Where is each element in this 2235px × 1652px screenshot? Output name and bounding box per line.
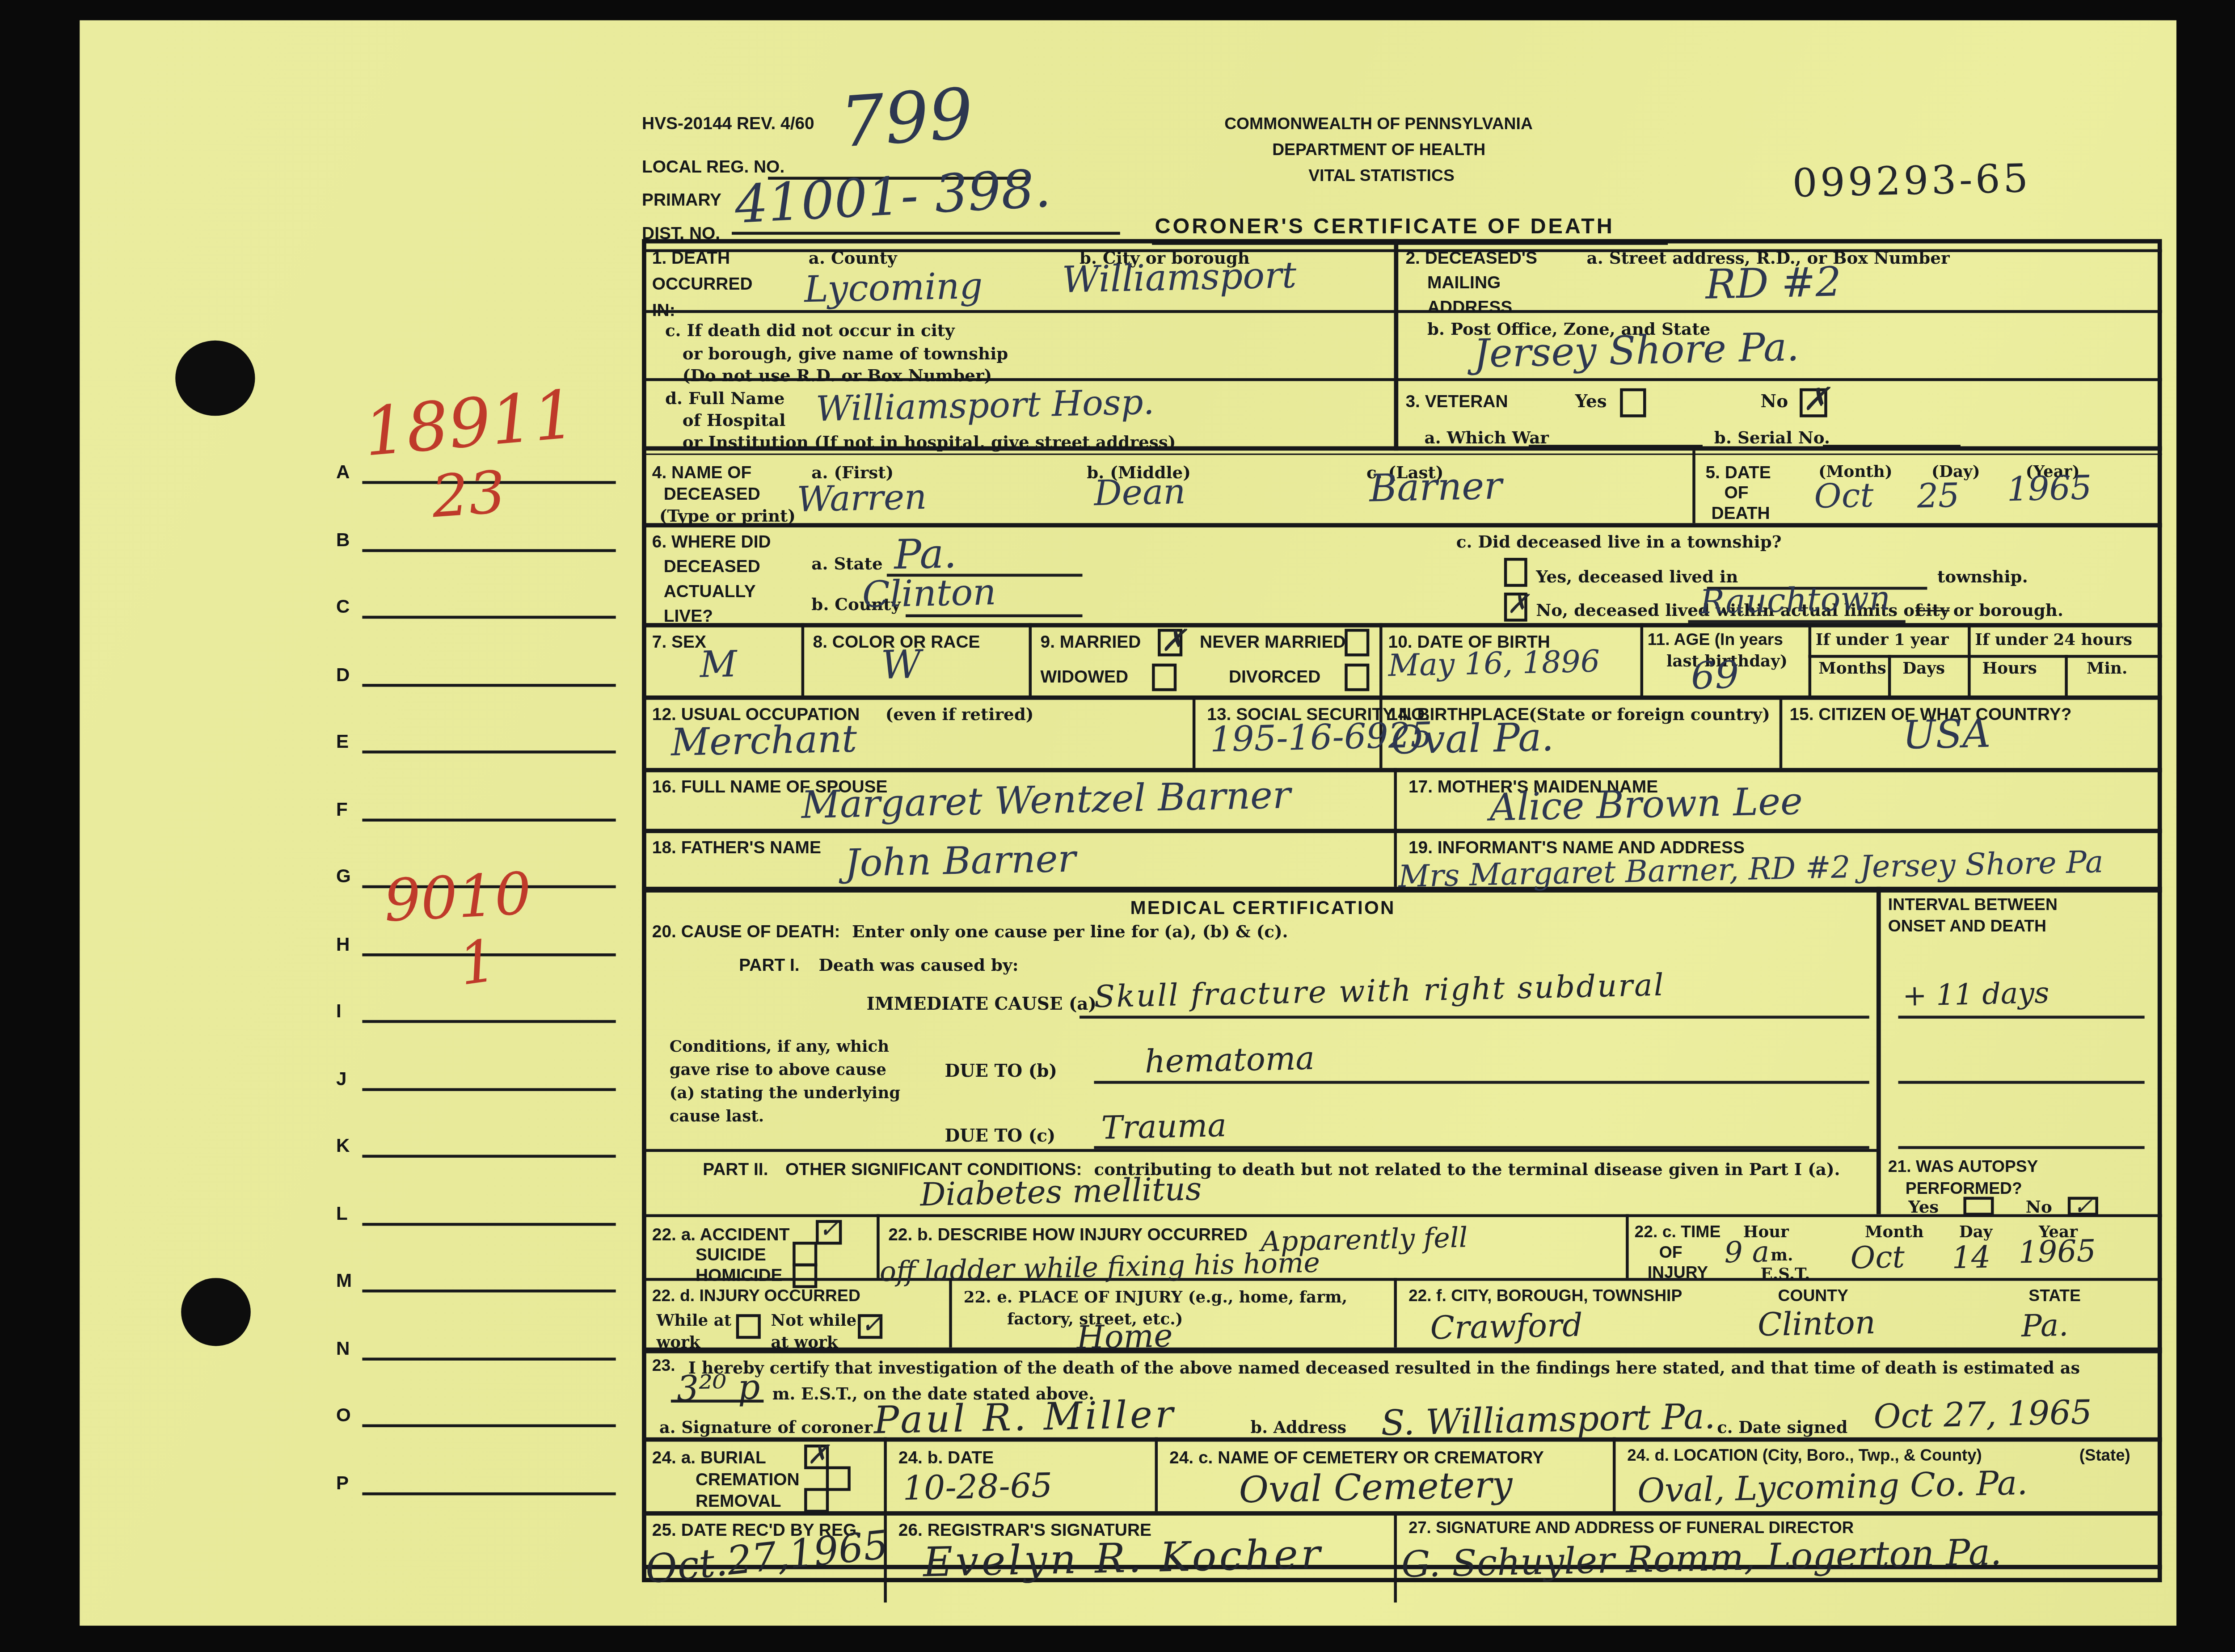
margin-letter: I	[336, 1000, 342, 1022]
s2b-value: Jersey Shore Pa.	[1473, 325, 1800, 377]
margin-red-number: 18911	[361, 375, 579, 472]
rule-line	[1640, 623, 1643, 695]
s14-label2: (State or foreign country)	[1529, 704, 1770, 724]
s22c-label: OF	[1659, 1245, 1683, 1262]
s1a-label: a. County	[809, 248, 897, 268]
rule-line	[642, 623, 2162, 628]
township-yes-checkbox	[1504, 558, 1527, 587]
s5-label: OF	[1725, 482, 1749, 502]
form-number: HVS-20144 REV. 4/60	[642, 113, 814, 133]
rule-line	[642, 768, 2162, 771]
s22e-label: 22. e. PLACE OF INJURY (e.g., home, farm…	[964, 1288, 1347, 1307]
s22f-value: Crawford	[1430, 1308, 1583, 1348]
rule-line	[1094, 1081, 1869, 1083]
margin-letter: J	[336, 1068, 346, 1090]
rule-line	[1394, 239, 1397, 451]
s17-value: Alice Brown Lee	[1489, 780, 1803, 830]
s11-under24-label: If under 24 hours	[1975, 630, 2132, 649]
rule-line	[1394, 1511, 1396, 1602]
s6-city-struck: city	[1915, 600, 1949, 620]
conditions-text: (a) stating the underlying	[670, 1084, 901, 1103]
rule-line	[642, 1348, 2162, 1353]
rule-line	[1193, 695, 1195, 768]
s24a-label: 24. a. BURIAL	[652, 1447, 766, 1467]
s22d-notwhile-label: Not while	[771, 1311, 857, 1330]
s1c-label: (Do not use R.D. or Box Number)	[683, 365, 992, 385]
s9-widowed-label: WIDOWED	[1041, 666, 1129, 687]
conditions-text: gave rise to above cause	[670, 1061, 886, 1079]
s22c-est-label: E.S.T.	[1761, 1265, 1810, 1284]
s11-min-label: Min.	[2087, 659, 2127, 678]
scanned-certificate: A B C D E F G H I J K L M N O P 18911 23…	[0, 0, 2235, 1652]
s1b-value: Williamsport	[1062, 254, 1297, 301]
s5-label: DEATH	[1711, 503, 1770, 523]
s6-label: ACTUALLY	[664, 581, 756, 601]
s12-value: Merchant	[670, 718, 857, 766]
s1-label: 1. DEATH	[652, 248, 730, 268]
s4-first-value: Warren	[797, 477, 927, 520]
s24b-label: 24. b. DATE	[898, 1447, 994, 1467]
s23-time-value: 3²⁰ p	[676, 1367, 760, 1409]
medical-certification-title: MEDICAL CERTIFICATION	[1130, 897, 1395, 919]
s22-state-label: STATE	[2028, 1288, 2081, 1306]
s23-address-label: b. Address	[1251, 1417, 1347, 1437]
s6-state-value: Pa.	[894, 530, 957, 579]
s1d-label: of Hospital	[683, 410, 786, 430]
margin-letter: K	[336, 1134, 350, 1156]
rule-line	[906, 614, 1082, 616]
interval-label: ONSET AND DEATH	[1888, 919, 2046, 936]
rule-line	[1898, 1016, 2145, 1018]
s23-certify-text: I hereby certify that investigation of t…	[688, 1357, 2080, 1378]
burial-checkbox: ✗	[804, 1445, 829, 1469]
s1-label: OCCURRED	[652, 274, 753, 294]
while-at-work-checkbox	[736, 1314, 761, 1339]
s22-county-value: Clinton	[1757, 1306, 1876, 1344]
rule-line	[1780, 695, 1782, 768]
immediate-cause-label: IMMEDIATE CAUSE (a)	[867, 994, 1096, 1014]
s5-label: 5. DATE	[1705, 462, 1771, 482]
rule-line	[642, 454, 2162, 455]
conditions-text: cause last.	[670, 1107, 764, 1126]
s8-value: W	[881, 643, 922, 688]
due-to-b-label: DUE TO (b)	[945, 1061, 1057, 1081]
s24b-value: 10-28-65	[902, 1468, 1053, 1509]
s24a-cremation-label: CREMATION	[696, 1469, 800, 1489]
s4-label: DECEASED	[664, 484, 760, 504]
margin-letter: N	[336, 1337, 350, 1359]
s24c-value: Oval Cemetery	[1239, 1463, 1513, 1511]
s4-label: (Type or print)	[659, 506, 796, 526]
rule-line	[362, 1020, 616, 1023]
s3-serial-label: b. Serial No.	[1714, 427, 1830, 447]
s1d-label: d. Full Name	[665, 388, 785, 409]
removal-checkbox	[804, 1488, 829, 1513]
rule-line	[1877, 887, 1880, 1214]
s22b-label: 22. b. DESCRIBE HOW INJURY OCCURRED	[888, 1224, 1248, 1244]
s6-township-word: township.	[1937, 566, 2028, 586]
rule-line	[1823, 445, 1961, 447]
s5-day-value: 25	[1917, 478, 1960, 516]
rule-line	[1155, 1437, 1158, 1511]
s22e-value: Home	[1076, 1319, 1173, 1357]
margin-red-number: 9010	[382, 861, 533, 936]
margin-letter: C	[336, 595, 350, 617]
s9-never-label: NEVER MARRIED	[1200, 632, 1345, 652]
rule-line	[1094, 1146, 1869, 1148]
registrar-signature: Evelyn R. Kocher	[923, 1530, 1324, 1587]
rule-line	[362, 819, 616, 822]
margin-letter: G	[336, 865, 351, 887]
rule-line	[642, 1511, 2162, 1515]
rule-line	[362, 1357, 616, 1360]
s21-label: PERFORMED?	[1906, 1181, 2022, 1198]
married-checkbox: ✗	[1158, 629, 1182, 657]
rule-line	[362, 616, 616, 619]
s24a-removal-label: REMOVAL	[696, 1491, 781, 1511]
s4-last-value: Barner	[1369, 465, 1502, 511]
due-to-c-label: DUE TO (c)	[945, 1126, 1056, 1146]
s22d-notwhile-label: at work	[771, 1333, 838, 1352]
s18-label: 18. FATHER'S NAME	[652, 838, 821, 858]
veteran-no-checkbox: ✗	[1800, 388, 1827, 417]
s23-signature-label: a. Signature of coroner	[659, 1417, 873, 1437]
rule-line	[362, 1492, 616, 1495]
rule-line	[642, 695, 2162, 700]
s22c-year-value: 1965	[2018, 1234, 2096, 1270]
s1-label: IN:	[652, 300, 675, 320]
s6-or-borough: or borough.	[1953, 600, 2063, 620]
margin-letter: B	[336, 529, 350, 551]
margin-letter: O	[336, 1404, 351, 1426]
s6-label: LIVE?	[664, 606, 713, 626]
rule-line	[1029, 623, 1032, 695]
margin-red-number: 23	[430, 460, 508, 531]
part2-label: PART II.	[703, 1159, 768, 1179]
rule-line	[362, 549, 616, 552]
s1c-label: or borough, give name of township	[683, 343, 1008, 363]
vital-statistics-heading: VITAL STATISTICS	[1308, 168, 1455, 185]
s10-value: May 16, 1896	[1388, 644, 1600, 683]
s6-label: DECEASED	[664, 556, 760, 577]
commonwealth-heading: COMMONWEALTH OF PENNSYLVANIA	[1224, 116, 1533, 133]
s2-label: 2. DECEASED'S	[1405, 248, 1537, 268]
s2a-value: RD #2	[1705, 258, 1842, 308]
rule-line	[362, 684, 616, 687]
rule-line	[642, 1149, 1877, 1152]
s21-label: 21. WAS AUTOPSY	[1888, 1159, 2038, 1176]
s1d-label: or Institution (If not in hospital, give…	[683, 432, 1176, 452]
s22c-hour-value: 9 a	[1724, 1234, 1770, 1270]
veteran-yes-checkbox	[1620, 388, 1646, 417]
rule-line	[1809, 655, 2162, 657]
s21-no-label: No	[2026, 1197, 2052, 1217]
never-married-checkbox	[1345, 629, 1369, 657]
s22d-while-label: work	[656, 1333, 700, 1352]
s11-months-label: Months	[1818, 659, 1886, 678]
s22c-month-label: Month	[1865, 1223, 1924, 1242]
certificate-number: 099293-65	[1792, 157, 2031, 207]
s12-label2: (even if retired)	[886, 704, 1034, 724]
margin-letter: P	[336, 1472, 349, 1494]
s24d-label: 24. d. LOCATION (City, Boro., Twp., & Co…	[1627, 1447, 1982, 1465]
s24d-state-label: (State)	[2079, 1447, 2130, 1465]
s2-label: ADDRESS	[1427, 297, 1512, 317]
s22a-label: 22. a. ACCIDENT	[652, 1224, 790, 1244]
s1a-value: Lycoming	[804, 265, 983, 310]
rule-line	[362, 1424, 616, 1427]
rule-line	[1613, 1437, 1615, 1511]
margin-letter: H	[336, 933, 350, 955]
rule-line	[362, 1223, 616, 1226]
rule-line	[2065, 655, 2067, 695]
accident-checkbox: ✓	[816, 1220, 842, 1244]
s2-label: MAILING	[1427, 272, 1501, 292]
rule-line	[642, 1278, 2162, 1281]
rule-line	[949, 1278, 952, 1348]
rule-line	[1888, 655, 1891, 695]
s11-under1-label: If under 1 year	[1816, 630, 1949, 649]
widowed-checkbox	[1152, 664, 1177, 691]
s23-number: 23.	[652, 1357, 675, 1375]
punch-hole-bottom	[181, 1278, 251, 1346]
s22c-day-value: 14	[1952, 1240, 1991, 1276]
s21-yes-label: Yes	[1908, 1197, 1939, 1217]
part2-value: Diabetes mellitus	[920, 1172, 1202, 1214]
cause-b-value: hematoma	[1144, 1041, 1315, 1081]
rule-line	[362, 1155, 616, 1158]
s4-middle-value: Dean	[1094, 472, 1186, 514]
s3-no-label: No	[1761, 391, 1788, 411]
s6-yes-text: Yes, deceased lived in	[1536, 566, 1738, 586]
s22-county-label: COUNTY	[1778, 1288, 1848, 1306]
punch-hole-top	[175, 341, 255, 416]
certificate-paper: A B C D E F G H I J K L M N O P 18911 23…	[80, 20, 2176, 1626]
s9-married-label: 9. MARRIED	[1041, 632, 1141, 652]
margin-red-number: 1	[455, 928, 501, 999]
s3-label: 3. VETERAN	[1405, 391, 1508, 411]
s11-hours-label: Hours	[1982, 659, 2037, 678]
rule-line	[884, 1437, 886, 1511]
rule-line	[362, 1290, 616, 1292]
s5-month-value: Oct	[1814, 477, 1874, 516]
s22d-while-label: While at	[656, 1311, 731, 1330]
s22f-label: 22. f. CITY, BOROUGH, TOWNSHIP	[1408, 1288, 1682, 1306]
rule-line	[642, 523, 2162, 527]
margin-letter: F	[336, 798, 348, 820]
interval-label: INTERVAL BETWEEN	[1888, 897, 2058, 914]
s9-divorced-label: DIVORCED	[1229, 666, 1320, 687]
s22d-label: 22. d. INJURY OCCURRED	[652, 1288, 860, 1306]
s22c-m-label: m.	[1771, 1246, 1793, 1265]
local-reg-value: 799	[838, 74, 976, 164]
margin-letter: A	[336, 461, 350, 483]
local-reg-label: LOCAL REG. NO.	[642, 156, 784, 177]
s1d-value: Williamsport Hosp.	[815, 382, 1155, 430]
s4-label: 4. NAME OF	[652, 462, 752, 482]
rule-line	[1379, 623, 1382, 695]
conditions-text: Conditions, if any, which	[670, 1037, 890, 1056]
homicide-checkbox	[793, 1264, 817, 1288]
primary-label: PRIMARY	[642, 190, 721, 210]
autopsy-no-checkbox: ✓	[2068, 1197, 2098, 1216]
rule-line	[1529, 445, 1703, 447]
rule-line	[1394, 768, 1396, 887]
rule-line	[1809, 623, 1811, 695]
s27-label: 27. SIGNATURE AND ADDRESS OF FUNERAL DIR…	[1408, 1520, 1854, 1537]
rule-line	[362, 1088, 616, 1091]
rule-line	[1080, 1016, 1869, 1018]
suicide-checkbox	[793, 1242, 817, 1266]
margin-letter: D	[336, 664, 350, 686]
cremation-checkbox	[826, 1467, 851, 1491]
s6c-label: c. Did deceased live in a township?	[1456, 532, 1782, 552]
rule-line	[1968, 623, 1970, 695]
s22c-label: INJURY	[1648, 1265, 1708, 1282]
s7-label: 7. SEX	[652, 632, 706, 652]
s1c-label: c. If death did not occur in city	[665, 320, 955, 340]
part1-text: Death was caused by:	[819, 955, 1019, 975]
s11-label: 11. AGE (In years	[1648, 632, 1783, 649]
s6-state-label: a. State	[811, 553, 882, 573]
not-while-at-work-checkbox: ✓	[858, 1314, 882, 1339]
s23-date-label: c. Date signed	[1717, 1417, 1847, 1437]
cause-c-value: Trauma	[1101, 1108, 1227, 1147]
margin-letter: E	[336, 730, 349, 752]
part1-label: PART I.	[739, 955, 799, 975]
rule-line	[1394, 1278, 1396, 1348]
s22c-label: 22. c. TIME	[1635, 1224, 1721, 1242]
rule-line	[642, 829, 2162, 832]
department-heading: DEPARTMENT OF HEALTH	[1272, 142, 1485, 160]
s6-county-value: Clinton	[862, 571, 997, 615]
s23-date-value: Oct 27, 1965	[1873, 1395, 2092, 1437]
interval-value: + 11 days	[1902, 975, 2050, 1013]
rule-line	[671, 1399, 763, 1402]
s14-value: Oval Pa.	[1391, 716, 1554, 764]
rule-line	[801, 623, 804, 695]
s7-value: M	[700, 643, 738, 686]
rule-line	[1898, 1146, 2145, 1148]
township-no-checkbox: ✗	[1504, 593, 1527, 622]
rule-line	[642, 310, 2162, 313]
rule-line	[1898, 1081, 2145, 1083]
s20-label2: Enter only one cause per line for (a), (…	[852, 922, 1288, 942]
s18-value: John Barner	[844, 838, 1076, 886]
s22a-suicide-label: SUICIDE	[696, 1245, 766, 1265]
s22c-month-value: Oct	[1850, 1240, 1905, 1276]
s15-value: USA	[1902, 712, 1991, 759]
s11-value: 69	[1691, 654, 1739, 699]
part2-text: contributing to death but not related to…	[1094, 1159, 1840, 1179]
divorced-checkbox	[1345, 664, 1369, 691]
coroner-address: S. Williamsport Pa.	[1380, 1396, 1716, 1444]
s3-yes-label: Yes	[1575, 391, 1607, 411]
autopsy-yes-checkbox	[1963, 1197, 1994, 1216]
rule-line	[362, 750, 616, 753]
s22-state-value: Pa.	[2021, 1308, 2069, 1344]
s22c-day-label: Day	[1959, 1223, 1993, 1242]
s22a-homicide-label: HOMICIDE	[696, 1265, 782, 1285]
coroner-signature: Paul R. Miller	[873, 1394, 1177, 1443]
rule-line	[1692, 451, 1695, 523]
margin-letter: M	[336, 1269, 352, 1291]
s5-year-value: 1965	[2007, 470, 2092, 510]
s6-place-value: Rauchtown	[1699, 581, 1891, 622]
margin-letter: L	[336, 1203, 348, 1225]
s6-label: 6. WHERE DID	[652, 532, 771, 552]
s11-days-label: Days	[1902, 659, 1945, 678]
certificate-title: CORONER'S CERTIFICATE OF DEATH	[1155, 215, 1615, 239]
s20-label: 20. CAUSE OF DEATH:	[652, 922, 840, 942]
rule-line	[1626, 1214, 1628, 1278]
